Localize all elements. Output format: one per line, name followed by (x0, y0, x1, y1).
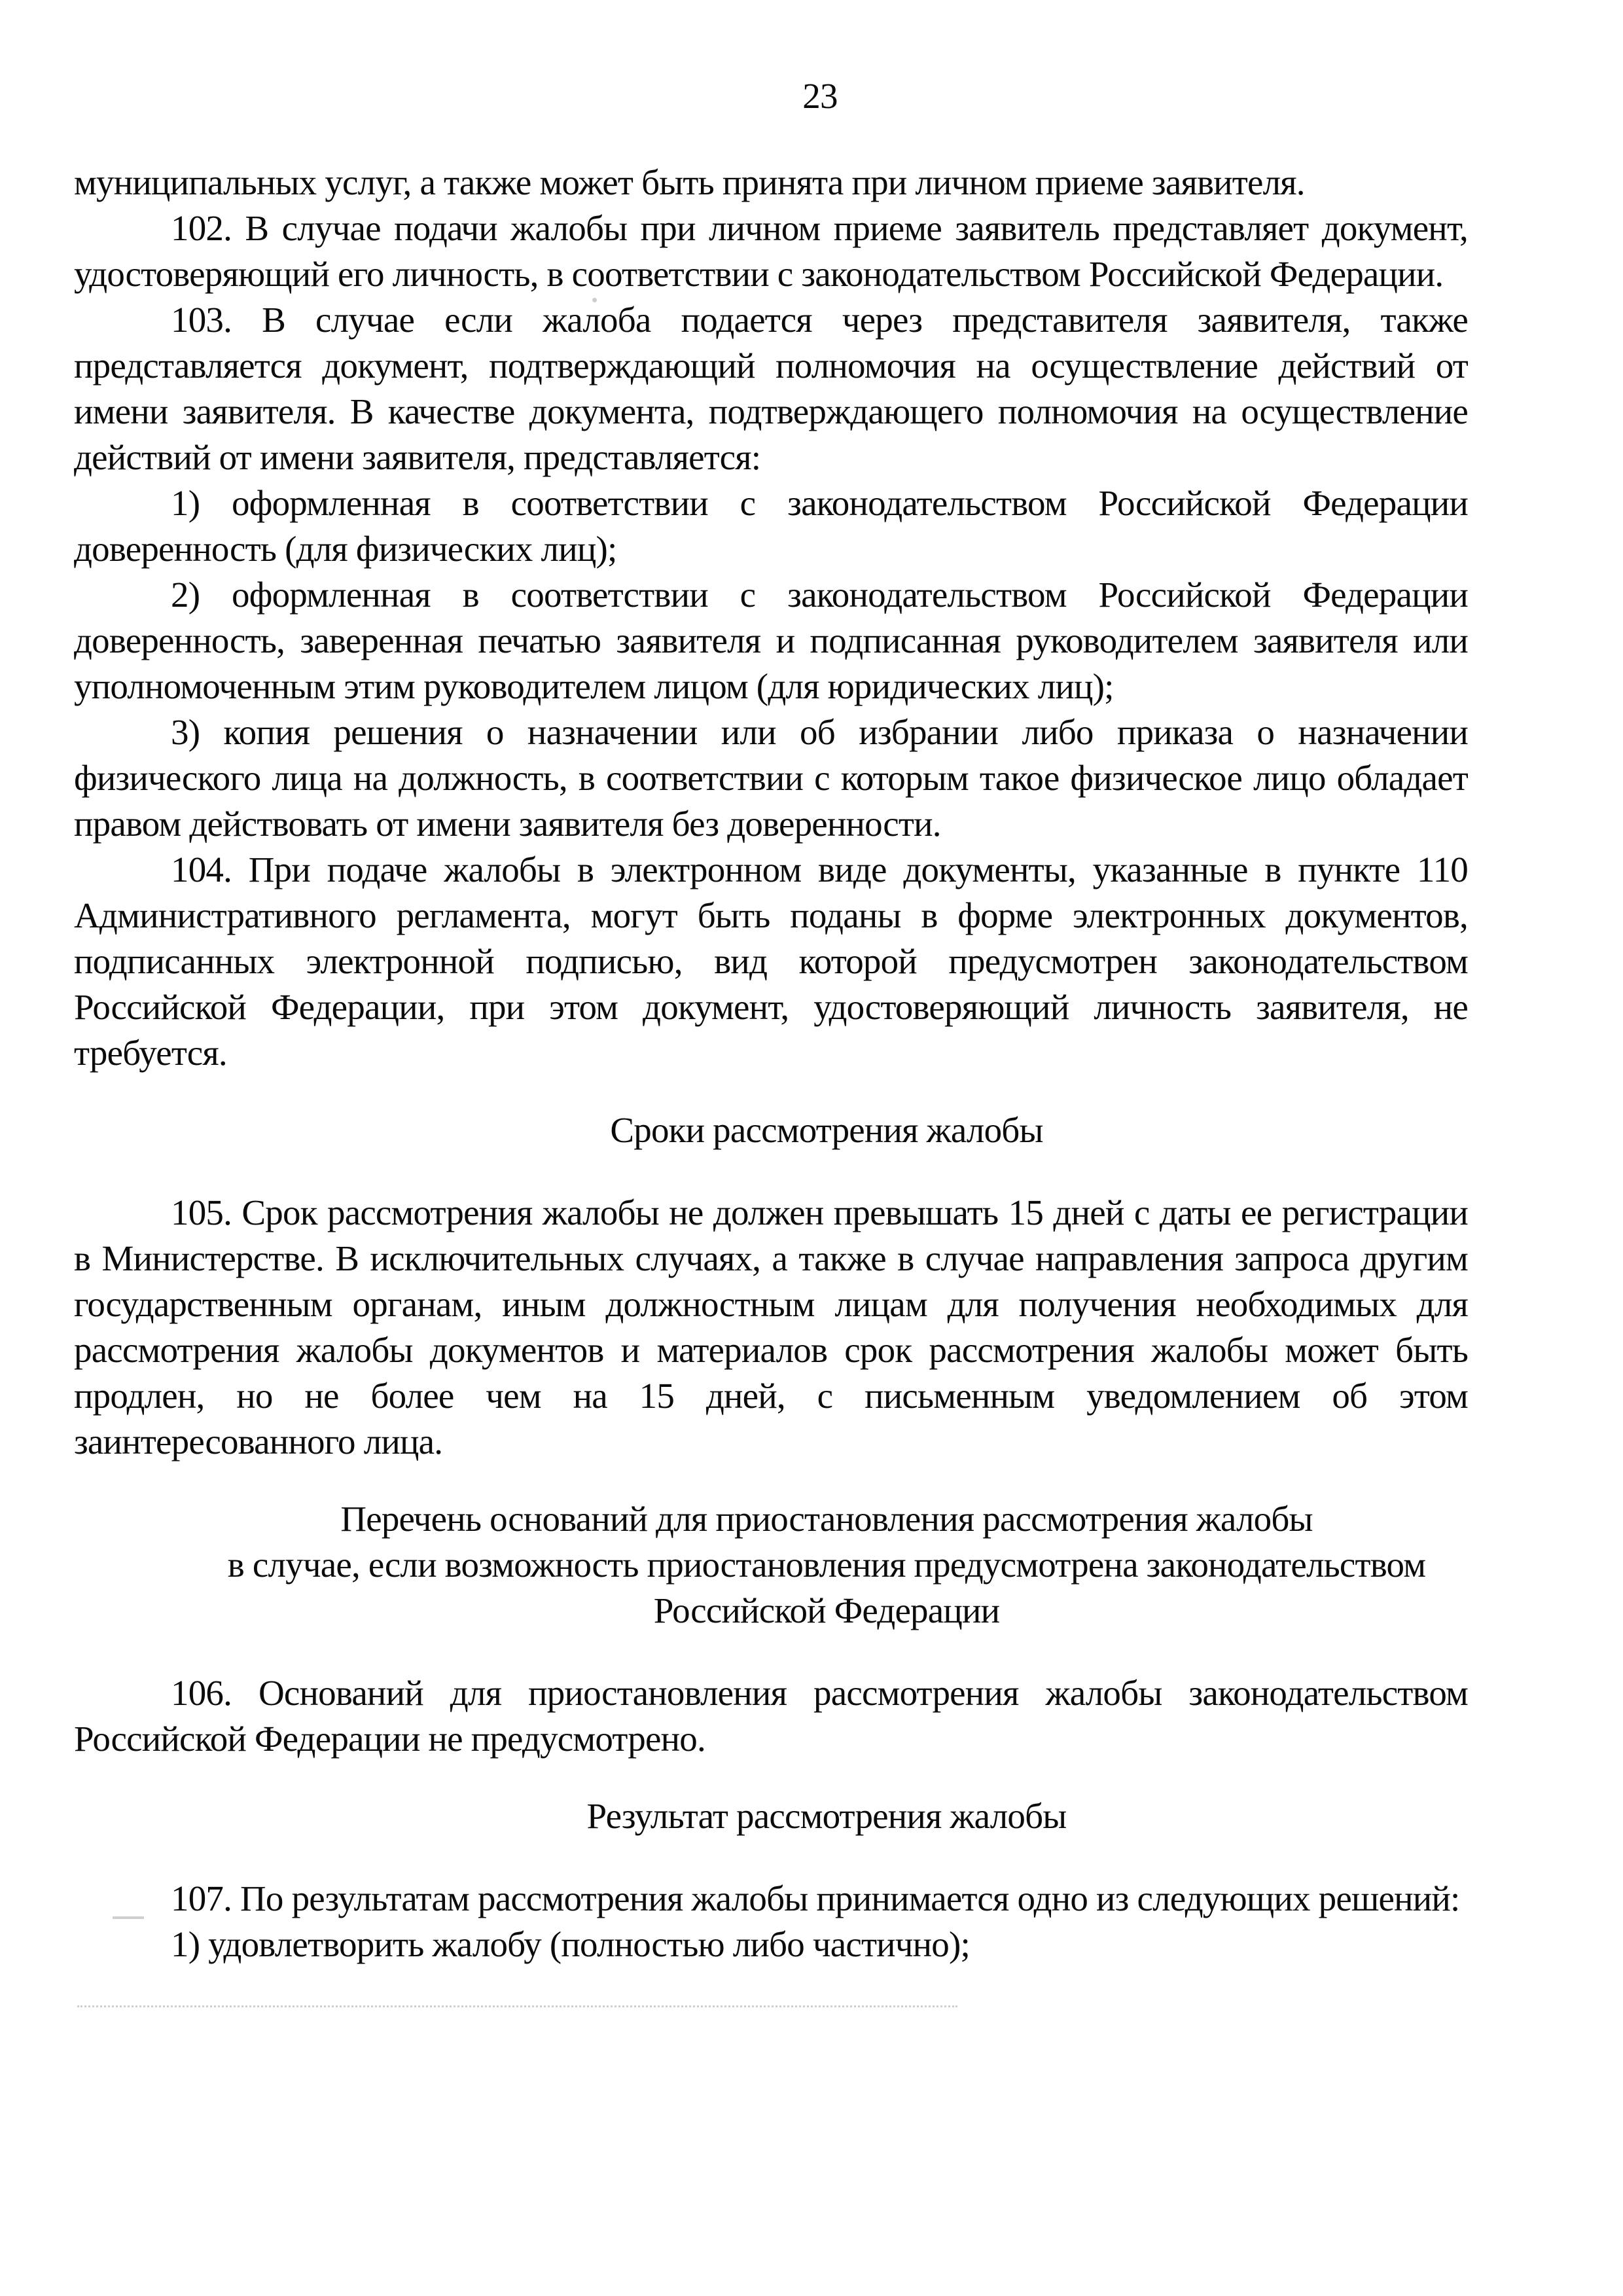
paragraph-105: 105. Срок рассмотрения жалобы не должен … (74, 1190, 1468, 1465)
paragraph-102: 102. В случае подачи жалобы при личном п… (74, 206, 1468, 297)
paragraph-continuation: муниципальных услуг, а также может быть … (74, 160, 1468, 206)
section-heading-suspension-line-1: Перечень оснований для приостановления р… (185, 1496, 1468, 1542)
section-heading-suspension-line-2: в случае, если возможность приостановлен… (185, 1542, 1468, 1588)
scan-artifact-dotted-line (77, 2005, 957, 2007)
paragraph-103-item-3: 3) копия решения о назначении или об изб… (74, 709, 1468, 847)
paragraph-103-item-1: 1) оформленная в соответствии с законода… (74, 480, 1468, 572)
paragraph-103-item-2: 2) оформленная в соответствии с законода… (74, 572, 1468, 709)
document-page: 23 муниципальных услуг, а также может бы… (0, 0, 1623, 2296)
section-heading-suspension-line-3: Российской Федерации (185, 1588, 1468, 1634)
paragraph-107: 107. По результатам рассмотрения жалобы … (74, 1876, 1468, 1922)
section-heading-review-result: Результат рассмотрения жалобы (74, 1793, 1468, 1839)
paragraph-107-item-1: 1) удовлетворить жалобу (полностью либо … (74, 1922, 1468, 1967)
paragraph-104: 104. При подаче жалобы в электронном вид… (74, 847, 1468, 1076)
paragraph-106: 106. Оснований для приостановления рассм… (74, 1670, 1468, 1762)
page-number: 23 (74, 0, 1468, 119)
paragraph-103: 103. В случае если жалоба подается через… (74, 297, 1468, 480)
section-heading-suspension-grounds: Перечень оснований для приостановления р… (74, 1496, 1468, 1634)
body-text: 23 муниципальных услуг, а также может бы… (74, 0, 1468, 1967)
section-heading-review-terms: Сроки рассмотрения жалобы (74, 1107, 1468, 1153)
